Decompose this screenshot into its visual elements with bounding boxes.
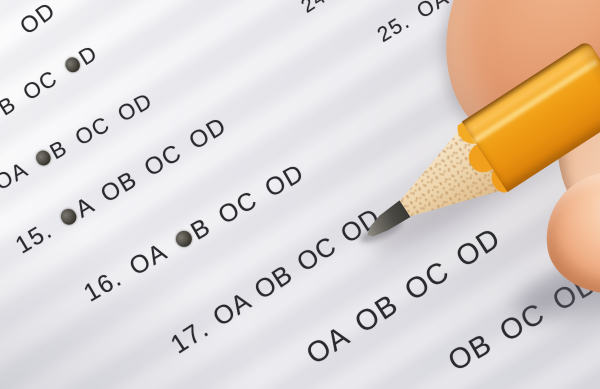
answer-row-q25: 25. OA [374,0,453,46]
row-text: B OC OD [186,158,309,245]
row-text: B OC [0,58,73,120]
row-text: 25. OA [373,0,453,47]
answer-sheet-photo: OD B OC D OA B OC OD 15. A OB OC OD 16. … [0,0,600,389]
row-text: OD [15,0,61,39]
answer-row-q13: B OC D [0,42,102,120]
answer-row-q12: OD [16,0,60,39]
row-text: B OC OD [46,87,157,164]
row-text: 16. OA [79,231,183,307]
answer-row-q24: 24. [298,0,336,17]
row-text: 24. [297,0,336,18]
